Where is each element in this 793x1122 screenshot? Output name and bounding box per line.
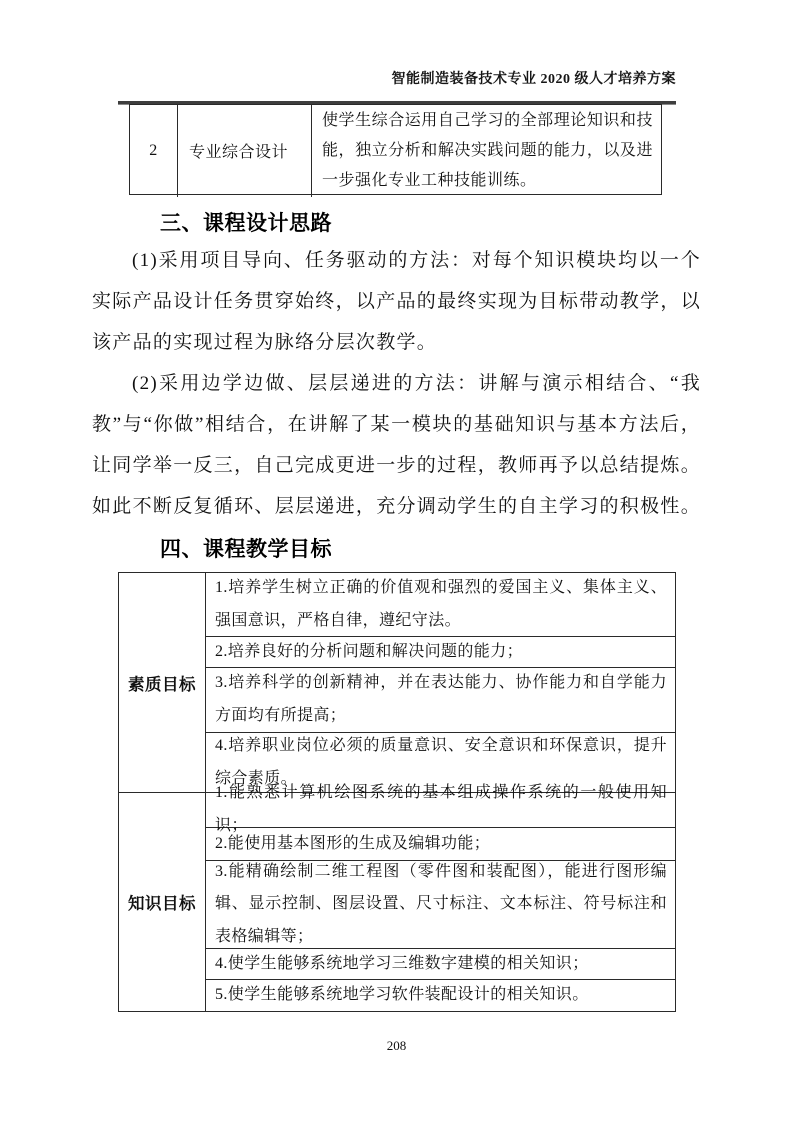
design-paragraph-2: (2)采用边学边做、层层递进的方法：讲解与演示相结合、“我教”与“你做”相结合，… [92,363,701,527]
objectives-table: 素质目标 1.培养学生树立正确的价值观和强烈的爱国主义、集体主义、强国意识，严格… [118,572,676,1012]
objective-item: 2.培养良好的分析问题和解决问题的能力； [206,637,675,668]
section-heading-objectives: 四、课程教学目标 [160,533,332,563]
objective-item: 1.培养学生树立正确的价值观和强烈的爱国主义、集体主义、强国意识，严格自律，遵纪… [206,573,675,637]
design-paragraph-1: (1)采用项目导向、任务驱动的方法：对每个知识模块均以一个实际产品设计任务贯穿始… [92,240,701,363]
page-header-title: 智能制造装备技术专业 2020 级人才培养方案 [118,68,676,88]
objective-item: 1.能熟悉计算机绘图系统的基本组成操作系统的一般使用知识； [206,793,675,828]
objective-group-quality: 素质目标 1.培养学生树立正确的价值观和强烈的爱国主义、集体主义、强国意识，严格… [119,573,675,793]
course-row-name: 专业综合设计 [178,105,312,197]
objective-items-knowledge: 1.能熟悉计算机绘图系统的基本组成操作系统的一般使用知识； 2.能使用基本图形的… [206,793,675,1011]
course-row-description: 使学生综合运用自己学习的全部理论知识和技能，独立分析和解决实践问题的能力，以及进… [312,105,661,197]
document-page: 智能制造装备技术专业 2020 级人才培养方案 2 专业综合设计 使学生综合运用… [0,0,793,1122]
course-table: 2 专业综合设计 使学生综合运用自己学习的全部理论知识和技能，独立分析和解决实践… [129,104,662,195]
objective-item: 3.培养科学的创新精神，并在表达能力、协作能力和自学能力方面均有所提高； [206,668,675,733]
objective-group-label-knowledge: 知识目标 [119,793,206,1011]
course-row-number: 2 [130,105,178,197]
objective-group-label-quality: 素质目标 [119,573,206,792]
page-number: 208 [0,1038,793,1054]
objective-item: 5.使学生能够系统地学习软件装配设计的相关知识。 [206,980,675,1011]
objective-item: 4.使学生能够系统地学习三维数字建模的相关知识； [206,949,675,980]
section-heading-design: 三、课程设计思路 [160,207,332,237]
objective-item: 3.能精确绘制二维工程图（零件图和装配图），能进行图形编辑、显示控制、图层设置、… [206,861,675,949]
objective-group-knowledge: 知识目标 1.能熟悉计算机绘图系统的基本组成操作系统的一般使用知识； 2.能使用… [119,793,675,1011]
objective-items-quality: 1.培养学生树立正确的价值观和强烈的爱国主义、集体主义、强国意识，严格自律，遵纪… [206,573,675,792]
